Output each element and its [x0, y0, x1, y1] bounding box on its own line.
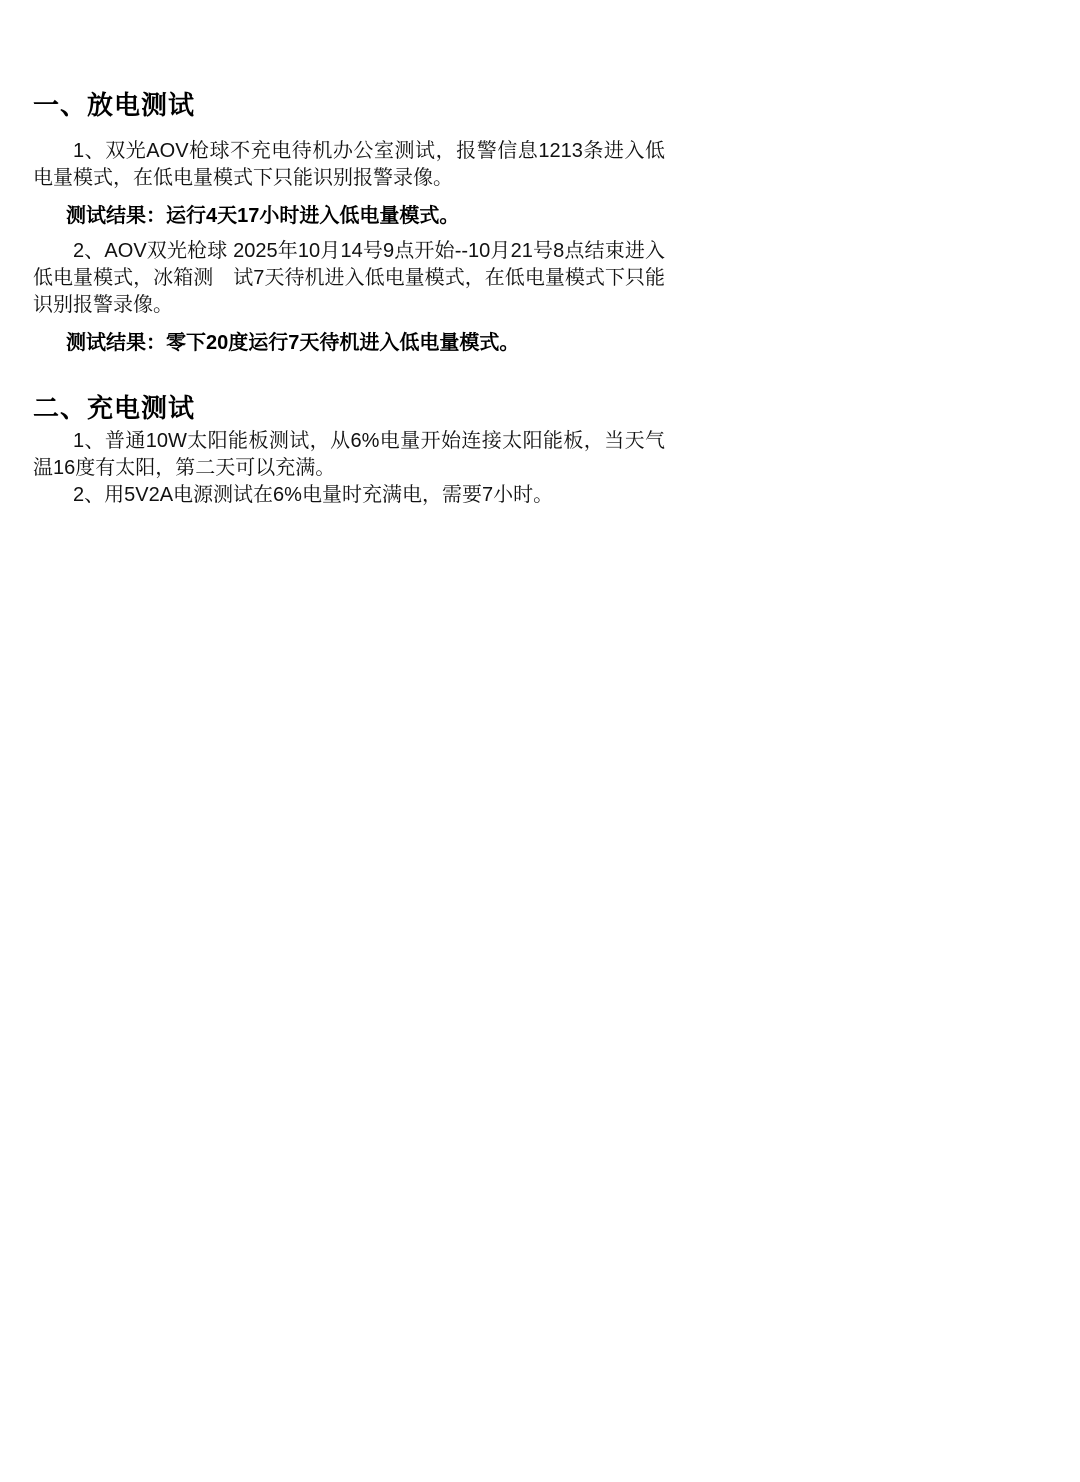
charge-test-heading: 二、充电测试 [33, 393, 665, 423]
charge-paragraph-2: 2、用5V2A电源测试在6%电量时充满电，需要7小时。 [33, 482, 665, 509]
document-page: 一、放电测试 1、双光AOV枪球不充电待机办公室测试，报警信息1213条进入低电… [0, 0, 1080, 1482]
discharge-test-result-1: 测试结果：运行4天17小时进入低电量模式。 [33, 204, 665, 228]
discharge-test-heading: 一、放电测试 [33, 90, 665, 120]
charge-paragraph-1: 1、普通10W太阳能板测试，从6%电量开始连接太阳能板，当天气温16度有太阳，第… [33, 428, 665, 482]
discharge-paragraph-2: 2、AOV双光枪球 2025年10月14号9点开始--10月21号8点结束进入低… [33, 238, 665, 319]
discharge-test-result-2: 测试结果：零下20度运行7天待机进入低电量模式。 [33, 331, 665, 355]
discharge-paragraph-1: 1、双光AOV枪球不充电待机办公室测试，报警信息1213条进入低电量模式，在低电… [33, 138, 665, 192]
section-charge-test: 二、充电测试 1、普通10W太阳能板测试，从6%电量开始连接太阳能板，当天气温1… [33, 393, 665, 509]
section-discharge-test: 一、放电测试 1、双光AOV枪球不充电待机办公室测试，报警信息1213条进入低电… [33, 90, 665, 355]
document-content: 一、放电测试 1、双光AOV枪球不充电待机办公室测试，报警信息1213条进入低电… [33, 90, 665, 509]
